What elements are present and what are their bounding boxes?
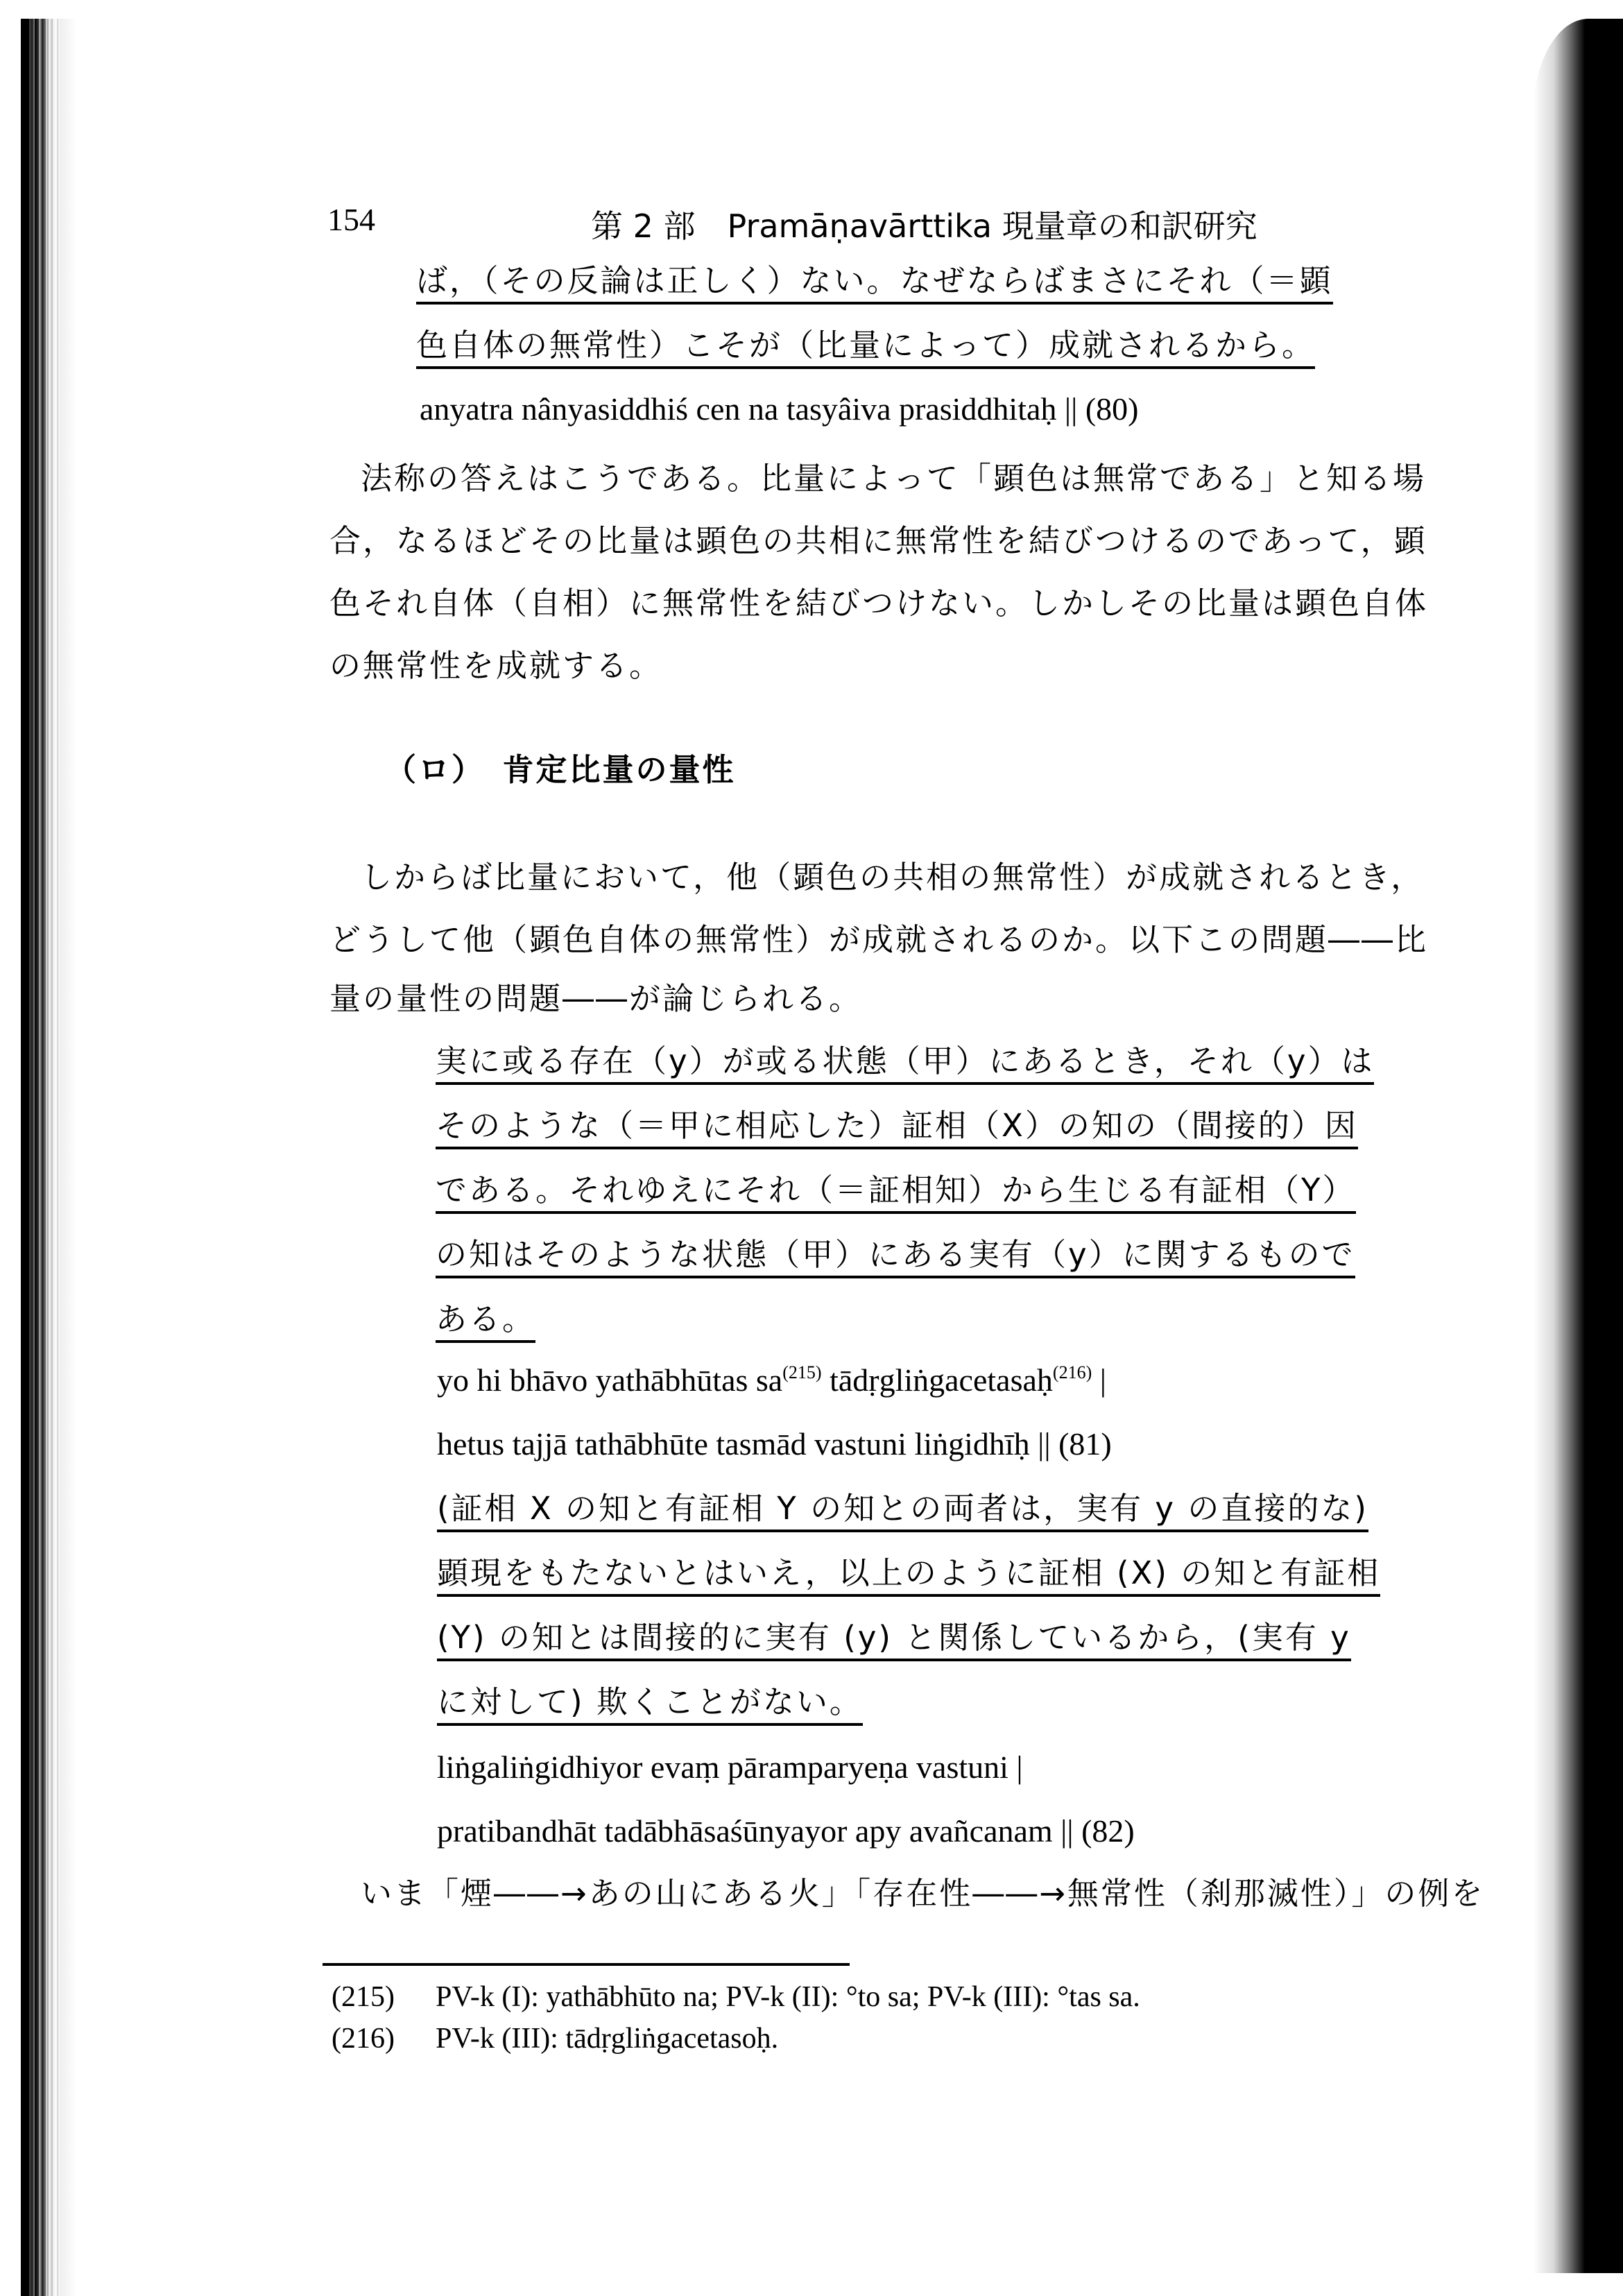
verse-translation-line: 実に或る存在（y）が或る状態（甲）にあるとき，それ（y）は	[436, 1040, 1374, 1082]
paragraph-line: どうして他（顕色自体の無常性）が成就されるのか。以下この問題――比	[329, 919, 1428, 961]
verse-translation-line: (Y) の知とは間接的に実有 (y) と関係しているから，(実有 y	[437, 1617, 1351, 1659]
verse-translation-line: そのような（＝甲に相応した）証相（X）の知の（間接的）因	[436, 1105, 1358, 1147]
footnote-ref-216[interactable]: (216)	[1053, 1362, 1092, 1382]
footnote-divider	[323, 1963, 850, 1966]
paragraph-line: 合，なるほどその比量は顕色の共相に無常性を結びつけるのであって，顕	[329, 520, 1427, 562]
paragraph-line: いま「煙――→あの山にある火」「存在性――→無常性（刹那滅性）」の例を	[361, 1873, 1484, 1914]
paragraph-line: 法称の答えはこうである。比量によって「顕色は無常である」と知る場	[361, 458, 1426, 499]
footnote-ref-215[interactable]: (215)	[782, 1362, 821, 1382]
verse-translation-line: である。それゆえにそれ（＝証相知）から生じる有証相（Y）	[436, 1170, 1356, 1211]
running-title: 第 2 部 Pramāṇavārttika 現量章の和訳研究	[591, 201, 1257, 247]
verse-translation-line: に対して) 欺くことがない。	[437, 1681, 863, 1723]
running-header: 154 第 2 部 Pramāṇavārttika 現量章の和訳研究	[327, 201, 1423, 243]
sanskrit-verse-80: anyatra nânyasiddhiś cen na tasyâiva pra…	[420, 388, 1138, 430]
sanskrit-verse-82-b: pratibandhāt tadābhāsaśūnyayor apy avañc…	[437, 1810, 1135, 1852]
page-number: 154	[327, 201, 375, 238]
paragraph-line: しからば比量において，他（顕色の共相の無常性）が成就されるとき，	[361, 857, 1424, 898]
section-heading: （ロ） 肯定比量の量性	[385, 749, 736, 791]
sanskrit-verse-81-b: hetus tajjā tathābhūte tasmād vastuni li…	[437, 1423, 1112, 1465]
verse-translation-line: ば，（その反論は正しく）ない。なぜならばまさにそれ（＝顕	[416, 260, 1333, 302]
footnote-215: (215)PV-k (I): yathābhūto na; PV-k (II):…	[332, 1980, 1140, 2014]
verse-translation-line: の知はそのような状態（甲）にある実有（y）に関するもので	[436, 1234, 1355, 1276]
paragraph-line: の無常性を成就する。	[329, 645, 662, 687]
verse-translation-line: (証相 X の知と有証相 Y の知との両者は，実有 y の直接的な)	[437, 1488, 1368, 1530]
paragraph-line: 量の量性の問題――が論じられる。	[329, 978, 862, 1020]
sanskrit-verse-81-a: yo hi bhāvo yathābhūtas sa(215) tādṛgliṅ…	[437, 1360, 1106, 1401]
footnote-216: (216)PV-k (III): tādṛgliṅgacetasoḥ.	[332, 2022, 778, 2055]
verse-translation-line: 顕現をもたないとはいえ，以上のように証相 (X) の知と有証相	[437, 1552, 1380, 1594]
book-page: 154 第 2 部 Pramāṇavārttika 現量章の和訳研究 ば，（その…	[0, 0, 1623, 2296]
paragraph-line: 色それ自体（自相）に無常性を結びつけない。しかしその比量は顕色自体	[329, 583, 1428, 624]
sanskrit-verse-82-a: liṅgaliṅgidhiyor evaṃ pāramparyeṇa vastu…	[437, 1747, 1023, 1788]
verse-translation-line: ある。	[436, 1299, 535, 1340]
verse-translation-line: 色自体の無常性）こそが（比量によって）成就されるから。	[416, 325, 1315, 366]
